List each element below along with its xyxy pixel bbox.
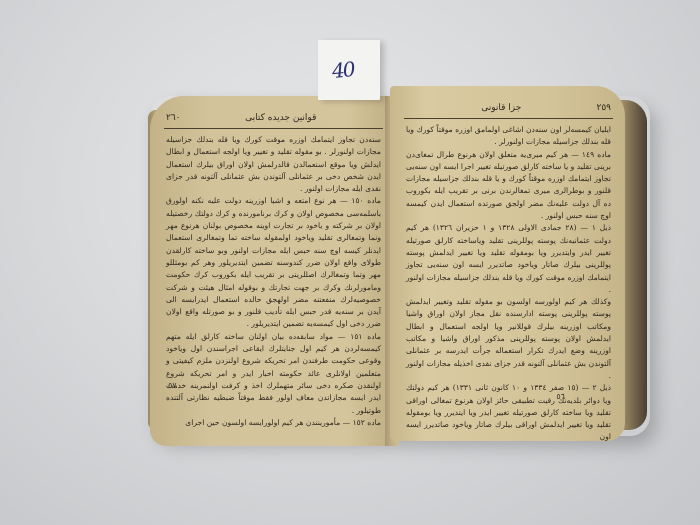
right-paragraph: ماده ١٤٩ — هر كيم ميرى‌يه متعلق اولان هر… <box>406 149 611 223</box>
left-running-title: قوانين جديده كتابى <box>181 113 381 123</box>
left-signature-mark: ٥٧ <box>168 381 177 390</box>
left-page: قوانين جديده كتابى ٢٦٠ سنه‌دن تجاوز ايتم… <box>150 96 395 446</box>
right-paragraph: ذيل ١ — (٢٨ جمادى الاولى ١٣٢٨ و ١ حزيران… <box>406 222 611 296</box>
left-paragraph: ماده ١٥٢ — مأمورينندن هر كيم اولورايسه ا… <box>166 417 381 429</box>
right-page-number: ٢٥٩ <box>596 103 611 113</box>
right-signature-mark: ٥٦ <box>556 392 565 401</box>
right-page-header: ٢٥٩ جزا قانونى <box>406 100 611 116</box>
left-page-number: ٢٦٠ <box>166 113 181 123</box>
left-header-rule <box>164 128 383 129</box>
handwritten-number: 40 <box>331 57 355 83</box>
right-paragraph: وكذلك هر كيم اولورسه اولسون بو مقوله تقل… <box>406 296 611 382</box>
left-body-text: سنه‌دن تجاوز ايتمامك اوزره موقت كورك ويا… <box>166 134 381 429</box>
right-page: ٢٥٩ جزا قانونى ايليان كيمسه‌لر اون سنه‌د… <box>390 86 625 441</box>
left-paragraph: سنه‌دن تجاوز ايتمامك اوزره موقت كورك ويا… <box>166 134 381 195</box>
right-paragraph: ايليان كيمسه‌لر اون سنه‌دن اشاغى اولمامق… <box>406 124 611 149</box>
right-running-title: جزا قانونى <box>406 103 596 113</box>
left-paragraph: ماده ١٥٠ — هر نوع امتعه و اشيا اوزرينه د… <box>166 195 381 330</box>
right-paragraph: ذيل ٢ — (١٥ صفر ١٣٣٤ و ١٠ كانون ثانى ١٣٣… <box>406 382 611 443</box>
right-header-rule <box>404 118 613 119</box>
right-body-text: ايليان كيمسه‌لر اون سنه‌دن اشاغى اولمامق… <box>406 124 611 444</box>
left-page-header: قوانين جديده كتابى ٢٦٠ <box>166 110 381 126</box>
label-card: 40 <box>318 40 380 100</box>
left-paragraph: ماده ١٥١ — مواد سابقه‌ده بيان اولنان ساخ… <box>166 331 381 417</box>
